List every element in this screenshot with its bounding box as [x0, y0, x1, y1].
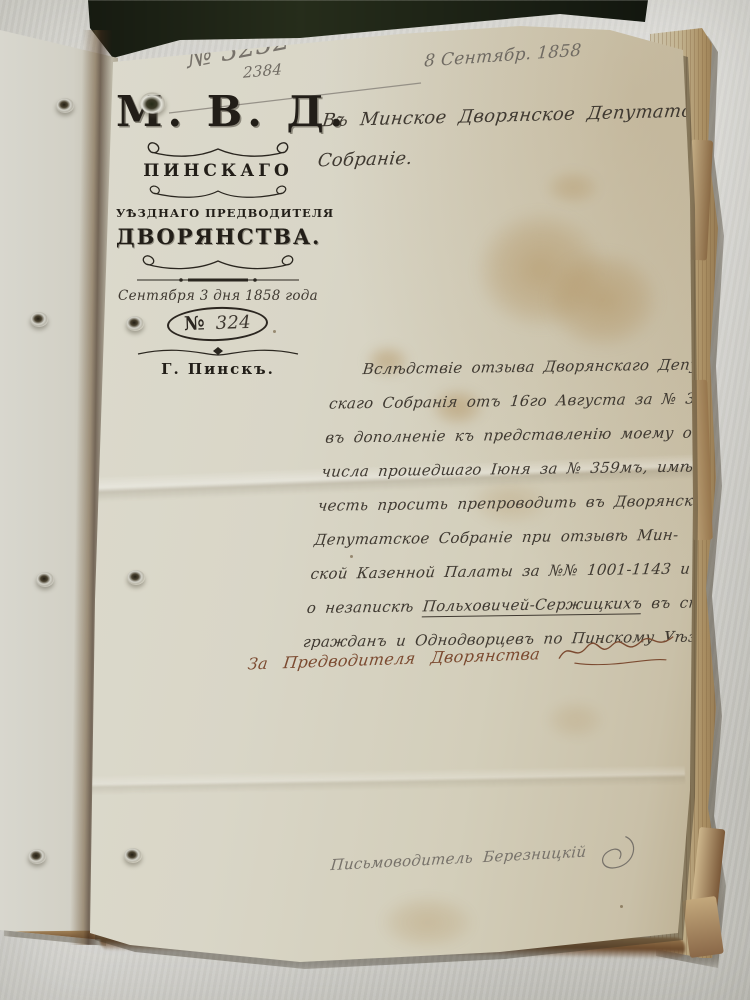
document-page: Полк. Сержицкихъ № 3232 2384 8 Сентябр. …: [80, 22, 713, 965]
stain: [545, 170, 600, 205]
body-line-underlined: о незапискѣ Польховичей-Сержицкихъ въ сп…: [305, 585, 709, 625]
flourish-icon: [133, 343, 303, 357]
binding-hole: [28, 849, 46, 864]
photo-canvas: Полк. Сержицкихъ № 3232 2384 8 Сентябр. …: [0, 0, 750, 1000]
binding-hole: [127, 570, 145, 585]
letterhead: М. В. Д. ПИНСКАГО УѢЗДНАГО ПРЕДВОДИТЕЛЯ …: [116, 88, 320, 378]
underlined-surname: Польховичей-Сержицкихъ: [422, 594, 644, 617]
signature-scrawl-icon: [554, 632, 678, 666]
body-line: ской Казенной Палаты за №№ 1001-1143 и 3…: [309, 551, 713, 591]
paper-crease: [85, 765, 685, 795]
body-line: честь просить препроводить въ Дворянское: [316, 483, 720, 523]
letterhead-office-line1: УѢЗДНАГО ПРЕДВОДИТЕЛЯ: [116, 206, 320, 220]
letterhead-office-line2: ДВОРЯНСТВА.: [116, 224, 320, 249]
registry-note-number-2: 2384: [243, 60, 283, 82]
flourish-icon: [143, 183, 293, 201]
flourish-icon: [143, 138, 293, 160]
body-line: числа прошедшаго Іюня за № 359мъ, имѣю: [320, 449, 724, 489]
address-block: Въ Минское Дворянское Депутатское Собран…: [315, 91, 727, 182]
stain: [545, 250, 660, 350]
binding-hole: [140, 92, 166, 114]
letterhead-town: ПИНСКАГО: [116, 161, 320, 181]
clerk-note: Письмоводитель Березницкій: [328, 834, 639, 890]
document-number-oval: № 324: [167, 305, 269, 343]
body-line: въ дополненіе къ представленію моему отъ…: [324, 415, 728, 455]
flourish-icon: [138, 251, 298, 273]
body-line: Депутатское Собраніе при отзывѣ Мин-: [312, 517, 716, 557]
signature-prefix: За Предводителя Дворянства: [247, 644, 542, 673]
body-line: скаго Собранія отъ 16го Августа за № 381…: [327, 381, 731, 421]
body-line: Вслѣдствіе отзыва Дворянскаго Депутат-: [331, 347, 735, 387]
stain: [380, 895, 475, 950]
foxing-speck: [620, 905, 623, 908]
letter-body: Вслѣдствіе отзыва Дворянскаго Депутат- с…: [301, 347, 734, 659]
document-number-value: 324: [216, 312, 252, 334]
clerk-flourish-icon: [594, 834, 639, 876]
body-line-pre: о незапискѣ: [306, 597, 424, 617]
clerk-note-text: Письмоводитель Березницкій: [330, 843, 587, 875]
letterhead-city: Г. Пинскъ.: [116, 360, 320, 378]
binding-hole: [36, 572, 54, 587]
binding-hole: [124, 848, 142, 863]
binding-hole: [56, 98, 74, 113]
stain: [545, 700, 605, 740]
binding-hole: [126, 316, 144, 331]
rule-ornament-icon: [133, 275, 303, 285]
received-date-note: 8 Сентябр. 1858: [423, 40, 582, 71]
binding-hole: [30, 312, 48, 327]
letterhead-date: Сентября 3 дня 1858 года: [116, 288, 320, 304]
number-sign: №: [184, 312, 205, 335]
